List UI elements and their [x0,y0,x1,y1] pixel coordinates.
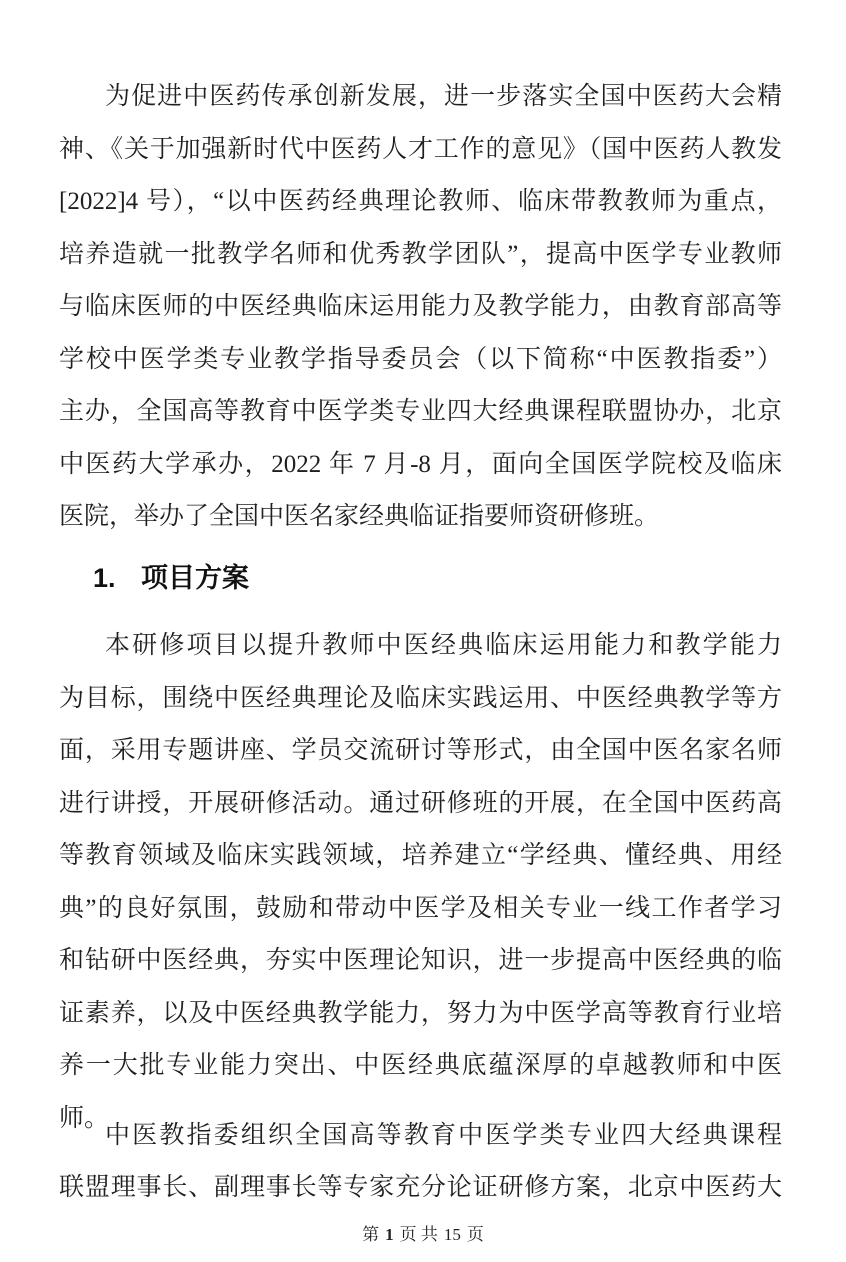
text-line: 和钻研中医经典，夯实中医理论知识，进一步提高中医经典的临 [59,935,782,988]
total-page-count: 15 [444,1225,461,1244]
section-heading-project-plan: 1. 项目方案 [59,552,782,605]
text-line: 进行讲授，开展研修活动。通过研修班的开展，在全国中医药高 [59,778,782,831]
text-line: 养一大批专业能力突出、中医经典底蕴深厚的卓越教师和中医师。 [59,1040,782,1093]
text-line: 医院，举办了全国中医名家经典临证指要师资研修班。 [59,491,782,544]
text-line: 主办，全国高等教育中医学类专业四大经典课程联盟协办，北京 [59,386,782,439]
text-line: [2022]4 号），“以中医药经典理论教师、临床带教教师为重点， [59,176,782,229]
text-line: 中医教指委组织全国高等教育中医学类专业四大经典课程 [59,1110,782,1163]
footer-label-middle: 页 共 [400,1225,438,1244]
paragraph-project-goals: 本研修项目以提升教师中医经典临床运用能力和教学能力 为目标，围绕中医经典理论及临… [59,620,782,1093]
text-line: 中医药大学承办，2022 年 7 月-8 月，面向全国医学院校及临床 [59,439,782,492]
page-footer: 第1页 共15页 [0,1220,846,1245]
footer-label-before: 第 [362,1225,379,1244]
text-line: 面，采用专题讲座、学员交流研讨等形式，由全国中医名家名师 [59,725,782,778]
text-line: 为目标，围绕中医经典理论及临床实践运用、中医经典教学等方 [59,673,782,726]
page-body: 为促进中医药传承创新发展，进一步落实全国中医药大会精 神、《关于加强新时代中医药… [59,71,782,1215]
text-line: 本研修项目以提升教师中医经典临床运用能力和教学能力 [59,620,782,673]
footer-label-after: 页 [467,1225,484,1244]
text-line: 培养造就一批教学名师和优秀教学团队”，提高中医学专业教师 [59,229,782,282]
text-line: 与临床医师的中医经典临床运用能力及教学能力，由教育部高等 [59,281,782,334]
text-line: 典”的良好氛围，鼓励和带动中医学及相关专业一线工作者学习 [59,883,782,936]
paragraph-intro: 为促进中医药传承创新发展，进一步落实全国中医药大会精 神、《关于加强新时代中医药… [59,71,782,544]
text-line: 等教育领域及临床实践领域，培养建立“学经典、懂经典、用经 [59,830,782,883]
text-line: 证素养，以及中医经典教学能力，努力为中医学高等教育行业培 [59,988,782,1041]
text-line: 神、《关于加强新时代中医药人才工作的意见》（国中医药人教发 [59,124,782,177]
paragraph-committee: 中医教指委组织全国高等教育中医学类专业四大经典课程 联盟理事长、副理事长等专家充… [59,1110,782,1215]
current-page-number: 1 [385,1225,394,1244]
text-line: 联盟理事长、副理事长等专家充分论证研修方案，北京中医药大 [59,1162,782,1215]
text-line: 学校中医学类专业教学指导委员会（以下简称“中医教指委”） [59,334,782,387]
text-line: 为促进中医药传承创新发展，进一步落实全国中医药大会精 [59,71,782,124]
document-page: 为促进中医药传承创新发展，进一步落实全国中医药大会精 神、《关于加强新时代中医药… [0,0,846,1262]
